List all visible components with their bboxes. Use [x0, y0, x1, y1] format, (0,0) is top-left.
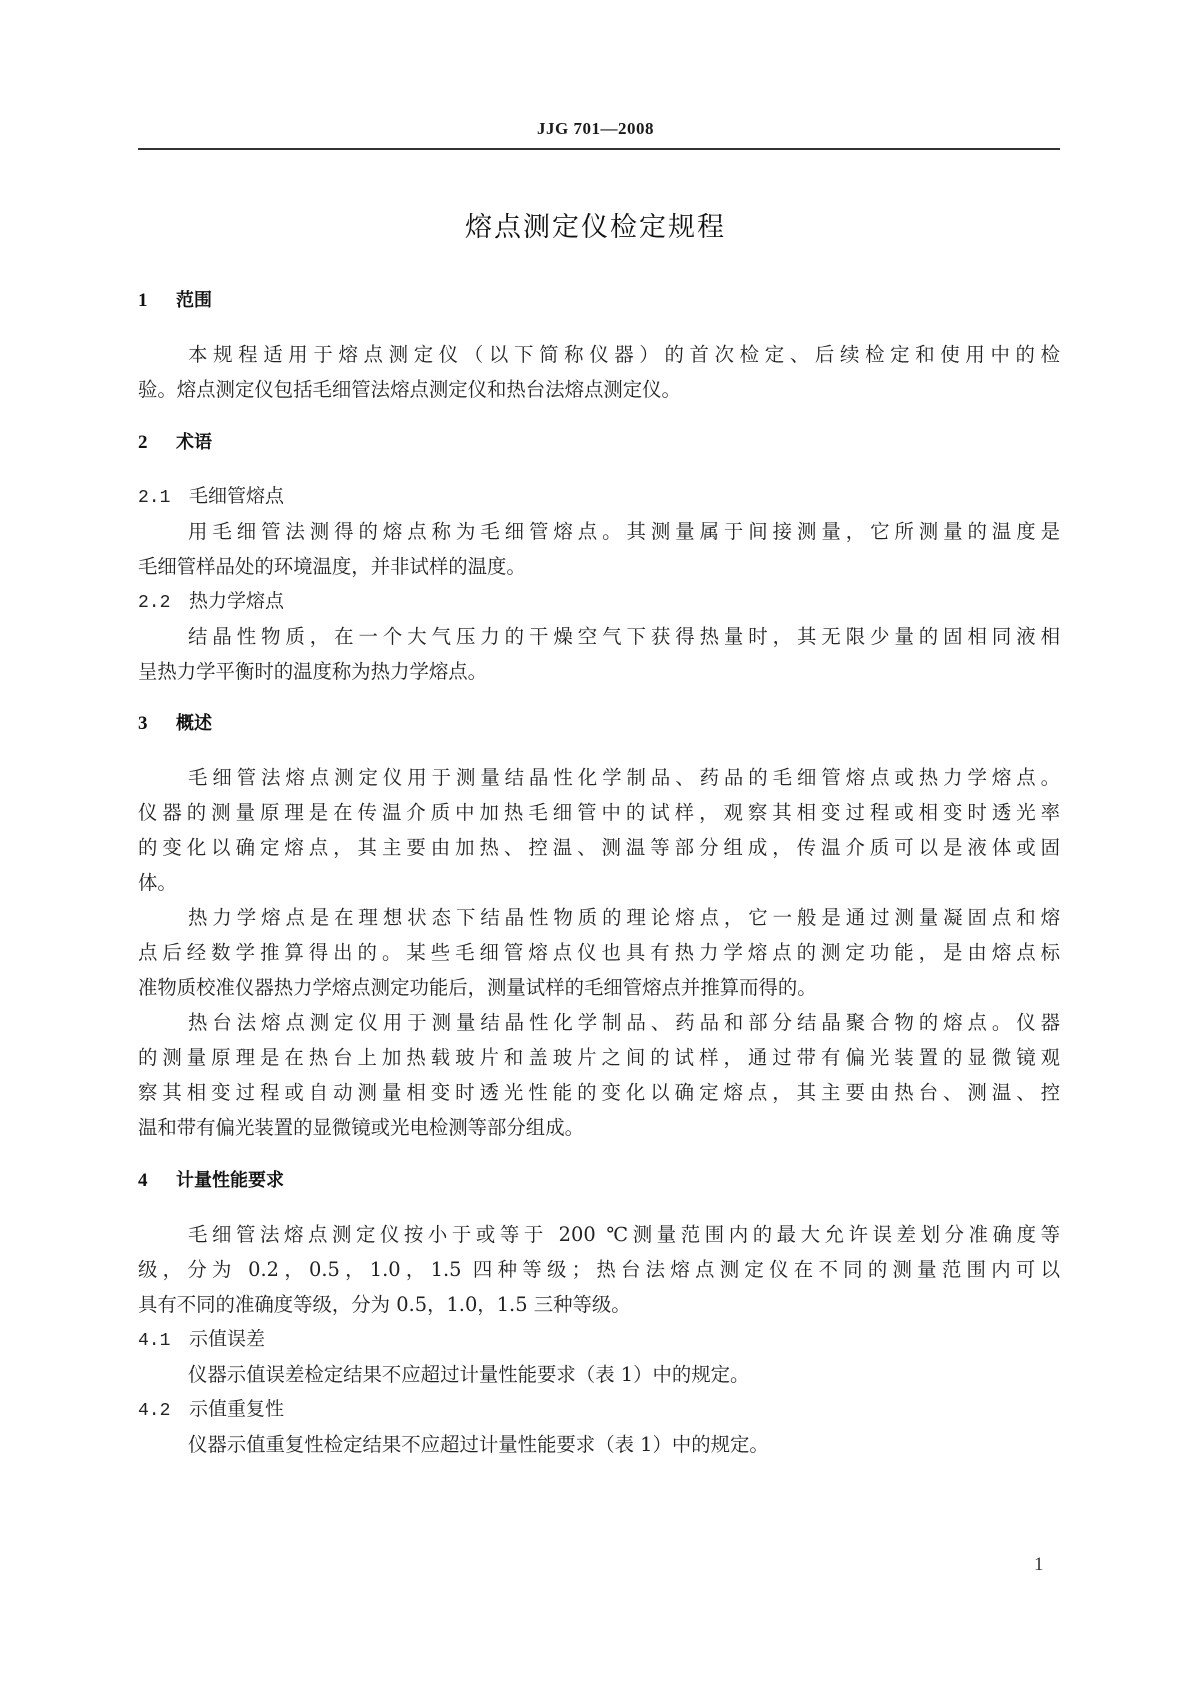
section-2-heading: 2术语 [138, 428, 212, 454]
section-3-heading: 3概述 [138, 709, 212, 735]
paragraph-line: 仪器示值重复性检定结果不应超过计量性能要求（表 1）中的规定。 [188, 1429, 1060, 1457]
paragraph-line: 毛细管法熔点测定仪按小于或等于 200 ℃测量范围内的最大允许误差划分准确度等 [188, 1219, 1060, 1247]
subsection-4-2-heading: 4.2示值重复性 [138, 1394, 284, 1421]
section-number: 1 [138, 290, 176, 312]
header-divider [138, 148, 1060, 150]
paragraph-line: 的变化以确定熔点，其主要由加热、控温、测温等部分组成，传温介质可以是液体或固 [138, 832, 1060, 860]
page-number: 1 [1034, 1554, 1044, 1576]
section-title: 范围 [176, 290, 212, 311]
section-1-heading: 1范围 [138, 286, 212, 312]
subsection-2-1-heading: 2.1毛细管熔点 [138, 481, 284, 508]
section-number: 4 [138, 1170, 176, 1192]
subsection-title: 示值误差 [189, 1328, 265, 1350]
subsection-title: 毛细管熔点 [189, 485, 284, 507]
section-number: 3 [138, 713, 176, 735]
paragraph-line: 察其相变过程或自动测量相变时透光性能的变化以确定熔点，其主要由热台、测温、控 [138, 1077, 1060, 1105]
paragraph-line: 仪器示值误差检定结果不应超过计量性能要求（表 1）中的规定。 [188, 1359, 1060, 1387]
paragraph-line: 结晶性物质，在一个大气压力的干燥空气下获得热量时，其无限少量的固相同液相 [188, 621, 1060, 649]
subsection-4-1-heading: 4.1示值误差 [138, 1324, 265, 1351]
subsection-title: 热力学熔点 [189, 590, 284, 612]
paragraph-line: 级，分为 0.2，0.5，1.0，1.5 四种等级；热台法熔点测定仪在不同的测量… [138, 1254, 1060, 1282]
paragraph-line: 本规程适用于熔点测定仪（以下简称仪器）的首次检定、后续检定和使用中的检 [188, 339, 1060, 367]
paragraph-line: 验。熔点测定仪包括毛细管法熔点测定仪和热台法熔点测定仪。 [138, 374, 1060, 402]
paragraph-line: 毛细管法熔点测定仪用于测量结晶性化学制品、药品的毛细管熔点或热力学熔点。 [188, 762, 1060, 790]
document-title: 熔点测定仪检定规程 [0, 205, 1191, 244]
standard-code: JJG 701—2008 [0, 119, 1191, 139]
document-page: JJG 701—2008 熔点测定仪检定规程 1范围 本规程适用于熔点测定仪（以… [0, 0, 1191, 1684]
paragraph-line: 的测量原理是在热台上加热载玻片和盖玻片之间的试样，通过带有偏光装置的显微镜观 [138, 1042, 1060, 1070]
section-title: 概述 [176, 713, 212, 734]
section-title: 术语 [176, 432, 212, 453]
paragraph-line: 温和带有偏光装置的显微镜或光电检测等部分组成。 [138, 1112, 1060, 1140]
paragraph-line: 体。 [138, 867, 1060, 895]
subsection-2-2-heading: 2.2热力学熔点 [138, 586, 284, 613]
paragraph-line: 点后经数学推算得出的。某些毛细管熔点仪也具有热力学熔点的测定功能，是由熔点标 [138, 937, 1060, 965]
subsection-number: 4.2 [138, 1401, 189, 1421]
subsection-number: 2.1 [138, 488, 189, 508]
paragraph-line: 呈热力学平衡时的温度称为热力学熔点。 [138, 656, 1060, 684]
paragraph-line: 准物质校准仪器热力学熔点测定功能后，测量试样的毛细管熔点并推算而得的。 [138, 972, 1060, 1000]
section-title: 计量性能要求 [176, 1170, 284, 1191]
section-number: 2 [138, 432, 176, 454]
paragraph-line: 仪器的测量原理是在传温介质中加热毛细管中的试样，观察其相变过程或相变时透光率 [138, 797, 1060, 825]
paragraph-line: 热力学熔点是在理想状态下结晶性物质的理论熔点，它一般是通过测量凝固点和熔 [188, 902, 1060, 930]
subsection-number: 2.2 [138, 593, 189, 613]
section-4-heading: 4计量性能要求 [138, 1166, 284, 1192]
subsection-title: 示值重复性 [189, 1398, 284, 1420]
subsection-number: 4.1 [138, 1331, 189, 1351]
paragraph-line: 用毛细管法测得的熔点称为毛细管熔点。其测量属于间接测量，它所测量的温度是 [188, 516, 1060, 544]
paragraph-line: 具有不同的准确度等级，分为 0.5，1.0，1.5 三种等级。 [138, 1289, 1060, 1317]
paragraph-line: 热台法熔点测定仪用于测量结晶性化学制品、药品和部分结晶聚合物的熔点。仪器 [188, 1007, 1060, 1035]
paragraph-line: 毛细管样品处的环境温度，并非试样的温度。 [138, 551, 1060, 579]
